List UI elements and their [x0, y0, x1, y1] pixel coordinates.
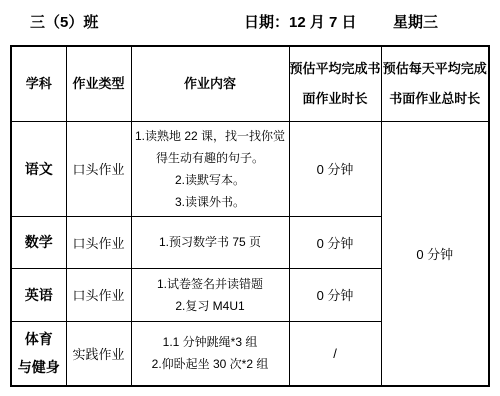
col-header-text: 预估每天平均完成 [382, 54, 489, 84]
content-line: 1.读熟地 22 课，找一找你觉得生动有趣的句子。 [132, 125, 289, 169]
date-label: 日期：12 月 7 日 [244, 11, 357, 32]
homework-type-cell: 口头作业 [66, 121, 131, 216]
duration-cell: 0 分钟 [289, 216, 381, 268]
content-line: 2.仰卧起坐 30 次*2 组 [132, 353, 289, 375]
col-header-text: 预估平均完成书 [290, 54, 381, 84]
table-row-chinese: 语文 口头作业 1.读熟地 22 课，找一找你觉得生动有趣的句子。 2.读默写本… [11, 121, 489, 216]
content-line: 1.预习数学书 75 页 [132, 231, 289, 253]
homework-content-cell: 1.1 分钟跳绳*3 组 2.仰卧起坐 30 次*2 组 [131, 321, 289, 386]
homework-table: 学科 作业类型 作业内容 预估平均完成书 面作业时长 预估每天平均完成 书面作业… [10, 45, 490, 387]
col-header-text: 面作业时长 [290, 84, 381, 114]
homework-content-cell: 1.试卷签名并读错题 2.复习 M4U1 [131, 268, 289, 321]
col-header-text: 作业内容 [132, 69, 289, 99]
subject-text: 数学 [12, 228, 66, 256]
homework-type-cell: 实践作业 [66, 321, 131, 386]
subject-cell: 语文 [11, 121, 66, 216]
subject-text: 与健身 [12, 353, 66, 381]
subject-text: 语文 [12, 155, 66, 183]
col-header-subject: 学科 [11, 46, 66, 121]
class-name: 三（5）班 [30, 11, 98, 32]
total-duration-cell: 0 分钟 [381, 121, 489, 386]
content-line: 3.读课外书。 [132, 191, 289, 213]
homework-type-cell: 口头作业 [66, 268, 131, 321]
col-header-text: 作业类型 [67, 69, 131, 99]
content-line: 1.试卷签名并读错题 [132, 273, 289, 295]
subject-text: 体育 [12, 325, 66, 353]
col-header-homework-type: 作业类型 [66, 46, 131, 121]
subject-cell: 数学 [11, 216, 66, 268]
col-header-text: 书面作业总时长 [382, 84, 489, 114]
duration-cell: / [289, 321, 381, 386]
subject-text: 英语 [12, 281, 66, 309]
weekday-label: 星期三 [393, 11, 438, 32]
col-header-avg-written-duration: 预估平均完成书 面作业时长 [289, 46, 381, 121]
homework-sheet: 三（5）班 日期：12 月 7 日 星期三 学科 作业类型 作业内容 [0, 0, 500, 396]
col-header-daily-total-duration: 预估每天平均完成 书面作业总时长 [381, 46, 489, 121]
col-header-homework-content: 作业内容 [131, 46, 289, 121]
col-header-text: 学科 [12, 69, 66, 99]
table-header-row: 学科 作业类型 作业内容 预估平均完成书 面作业时长 预估每天平均完成 书面作业… [11, 46, 489, 121]
duration-cell: 0 分钟 [289, 268, 381, 321]
homework-content-cell: 1.预习数学书 75 页 [131, 216, 289, 268]
duration-cell: 0 分钟 [289, 121, 381, 216]
content-line: 2.复习 M4U1 [132, 295, 289, 317]
subject-cell: 英语 [11, 268, 66, 321]
homework-type-cell: 口头作业 [66, 216, 131, 268]
content-line: 1.1 分钟跳绳*3 组 [132, 331, 289, 353]
content-line: 2.读默写本。 [132, 169, 289, 191]
subject-cell: 体育 与健身 [11, 321, 66, 386]
homework-content-cell: 1.读熟地 22 课，找一找你觉得生动有趣的句子。 2.读默写本。 3.读课外书… [131, 121, 289, 216]
